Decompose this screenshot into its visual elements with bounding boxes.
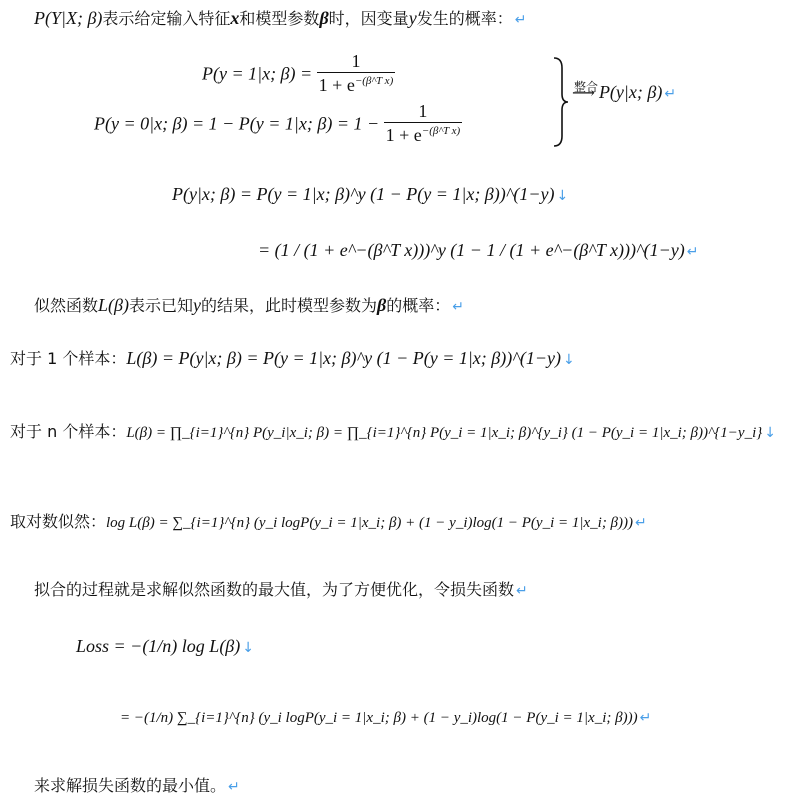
equation-p-y1: P(y = 1|x; β) = 1 1 + e−(β^T x) <box>202 50 395 97</box>
intro-math-prefix: P(Y|X; β) <box>34 8 102 28</box>
paragraph-mark-icon: ↵ <box>452 299 464 315</box>
line-break-mark-icon: ↓ <box>556 188 568 204</box>
fraction: 1 1 + e−(β^T x) <box>384 100 463 147</box>
intro-paragraph: P(Y|X; β)表示给定输入特征x和模型参数β时，因变量y发生的概率：↵ <box>34 8 526 30</box>
loss-equation-2: = −(1/n) ∑_{i=1}^{n} (y_i logP(y_i = 1|x… <box>120 706 651 728</box>
equation-combined-2: = (1 / (1 + e^−(β^T x)))^y (1 − 1 / (1 +… <box>258 240 698 262</box>
line-break-mark-icon: ↓ <box>563 352 575 368</box>
one-sample-line: 对于 1 个样本：L(β) = P(y|x; β) = P(y = 1|x; β… <box>10 348 575 370</box>
conclusion-paragraph: 来求解损失函数的最小值。↵ <box>34 776 240 797</box>
equation-combined-1: P(y|x; β) = P(y = 1|x; β)^y (1 − P(y = 1… <box>172 184 568 206</box>
equation-p-y0: P(y = 0|x; β) = 1 − P(y = 1|x; β) = 1 − … <box>94 100 462 147</box>
merge-arrow: 整合 ⟶ P(y|x; β)↵ <box>572 82 676 103</box>
line-break-mark-icon: ↓ <box>242 640 254 656</box>
loss-intro-paragraph: 拟合的过程就是求解似然函数的最大值，为了方便优化，令损失函数↵ <box>34 580 528 601</box>
paragraph-mark-icon: ↵ <box>635 515 647 531</box>
log-likelihood-line: 取对数似然：log L(β) = ∑_{i=1}^{n} (y_i logP(y… <box>10 512 647 533</box>
loss-equation-1: Loss = −(1/n) log L(β)↓ <box>76 636 254 658</box>
line-break-mark-icon: ↓ <box>764 425 776 441</box>
paragraph-mark-icon: ↵ <box>228 779 240 795</box>
right-brace-icon <box>552 56 570 148</box>
likelihood-paragraph: 似然函数L(β)表示已知y的结果，此时模型参数为β的概率：↵ <box>34 295 464 317</box>
paragraph-mark-icon: ↵ <box>687 244 699 260</box>
paragraph-mark-icon: ↵ <box>664 86 676 102</box>
merge-label: 整合 <box>574 78 598 95</box>
paragraph-mark-icon: ↵ <box>516 583 528 599</box>
paragraph-mark-icon: ↵ <box>515 12 527 28</box>
n-samples-line: 对于 n 个样本：L(β) = ∏_{i=1}^{n} P(y_i|x_i; β… <box>10 422 776 443</box>
fraction: 1 1 + e−(β^T x) <box>317 50 396 97</box>
paragraph-mark-icon: ↵ <box>640 710 652 726</box>
